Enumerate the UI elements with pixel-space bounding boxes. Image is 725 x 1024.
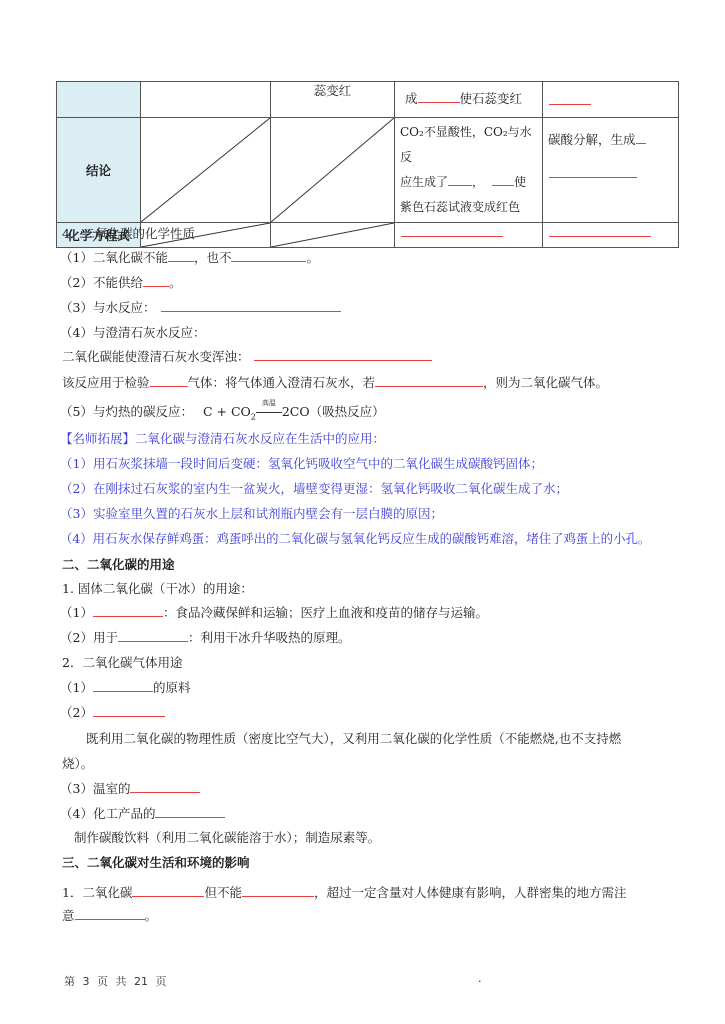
- item-text: ，超过一定含量对人体健康有影响，人群密集的地方需注: [314, 885, 627, 900]
- property-item-1: （1）二氧化碳不能，也不。: [60, 249, 319, 267]
- cell-text: 使石蕊变红: [460, 91, 523, 106]
- answer-blank[interactable]: [254, 348, 432, 361]
- property-item-5: （5）与灼热的碳反应： C + CO2高温2CO（吸热反应）: [60, 403, 385, 427]
- item-text: 。: [306, 250, 319, 265]
- chemical-products-note: 制作碳酸饮料（利用二氧化碳能溶于水）；制造尿素等。: [74, 829, 380, 847]
- answer-blank[interactable]: [143, 274, 169, 287]
- section-two-title: 二、二氧化碳的用途: [62, 556, 175, 574]
- answer-blank[interactable]: [155, 805, 225, 818]
- answer-blank[interactable]: [130, 780, 200, 793]
- cell-text: 紫色石蕊试液变成红色: [400, 195, 537, 220]
- table-cell: [543, 82, 679, 118]
- extension-item: （3）实验室里久置的石灰水上层和试剂瓶内壁会有一层白膜的原因；: [60, 505, 443, 523]
- cell-text: CO₂不显酸性，CO₂与水反: [400, 120, 537, 170]
- answer-blank[interactable]: [375, 374, 483, 387]
- item-text: （1）: [60, 680, 93, 695]
- cell-text: ，: [472, 175, 484, 189]
- item-text: （2）不能供给: [60, 275, 143, 290]
- answer-blank[interactable]: [93, 704, 165, 717]
- equation: C + CO2高温2CO（吸热反应）: [203, 404, 385, 419]
- diagonal-line-icon: [271, 118, 394, 222]
- answer-blank[interactable]: [549, 104, 591, 105]
- item-text: 1．二氧化碳: [62, 885, 132, 900]
- page-number: 第 3 页 共 21 页: [64, 973, 166, 989]
- row-header-empty: [57, 82, 141, 118]
- answer-blank[interactable]: [132, 884, 204, 897]
- item-text: （3）温室的: [60, 781, 130, 796]
- item-text: 。: [145, 908, 158, 923]
- answer-blank[interactable]: [418, 90, 460, 103]
- equation-text: 2CO（吸热反应）: [282, 404, 385, 419]
- dry-ice-item-2: （2）用于：利用干冰升华吸热的原理。: [60, 629, 350, 647]
- item-text: ：利用干冰升华吸热的原理。: [188, 630, 351, 645]
- answer-blank[interactable]: [150, 374, 188, 387]
- extension-item: （4）用石灰水保存鲜鸡蛋：鸡蛋呼出的二氧化碳与氢氧化钙反应生成的碳酸钙难溶，堵住…: [60, 530, 650, 548]
- table-cell: 蕊变红: [271, 82, 395, 118]
- item-text: （3）与水反应：: [60, 300, 155, 315]
- answer-blank[interactable]: [242, 884, 314, 897]
- answer-blank[interactable]: [401, 236, 503, 237]
- answer-blank[interactable]: [93, 679, 153, 692]
- table-row: 结论 CO₂不显酸性，CO₂与水反 应生成了，使 紫色石蕊试液变成红色 碳酸分解…: [57, 118, 679, 223]
- answer-blank[interactable]: [636, 131, 646, 144]
- item-text: （1）二氧化碳不能: [60, 250, 168, 265]
- item-text: （2）: [60, 705, 93, 720]
- table-cell: [395, 223, 543, 248]
- item-text: 意: [62, 908, 75, 923]
- property-item-4: （4）与澄清石灰水反应：: [60, 324, 205, 342]
- section-4-title: 4．二氧化碳的化学性质: [62, 225, 195, 243]
- test-line: 该反应用于检验气体：将气体通入澄清石灰水，若，则为二氧化碳气体。: [62, 374, 608, 392]
- diagonal-line-icon: [271, 223, 394, 247]
- gas-use-item-2: （2）: [60, 704, 165, 722]
- item-text: ：食品冷藏保鲜和运输；医疗上血液和疫苗的储存与运输。: [163, 605, 488, 620]
- table-cell: [141, 82, 271, 118]
- item-text: （2）用于: [60, 630, 118, 645]
- table-cell-diagonal: [271, 118, 395, 223]
- item-text: （5）与灼热的碳反应：: [60, 404, 193, 419]
- gas-use-item-4: （4）化工产品的: [60, 805, 225, 823]
- gas-use-item-1: （1）的原料: [60, 679, 190, 697]
- answer-blank[interactable]: [168, 249, 194, 262]
- answer-blank[interactable]: [448, 173, 472, 186]
- table-cell-diagonal: [141, 118, 271, 223]
- item-text: 的原料: [153, 680, 191, 695]
- equation-text: C + CO: [203, 404, 251, 419]
- extension-item: （1）用石灰浆抹墙一段时间后变硬：氢氧化钙吸收空气中的二氧化碳生成碳酸钙固体；: [60, 455, 543, 473]
- item-text: 气体：将气体通入澄清石灰水，若: [188, 375, 376, 390]
- item-text: 但不能: [204, 885, 242, 900]
- item-text: （1）: [60, 605, 93, 620]
- fire-note-line-1: 既利用二氧化碳的物理性质（密度比空气大），又利用二氧化碳的化学性质（不能燃烧,也…: [86, 730, 621, 748]
- property-item-3: （3）与水反应：: [60, 299, 341, 317]
- answer-blank[interactable]: [549, 177, 637, 178]
- extension-item: （2）在刚抹过石灰浆的室内生一盆炭火，墙壁变得更湿：氢氧化钙吸收二氧化碳生成了水…: [60, 480, 568, 498]
- answer-blank[interactable]: [549, 236, 651, 237]
- answer-blank[interactable]: [161, 299, 341, 312]
- cell-text: 碳酸分解，生成: [548, 132, 636, 147]
- diagonal-line-icon: [141, 118, 270, 222]
- experiment-table: 蕊变红 成使石蕊变红 结论 CO₂不显酸性，CO₂与水反 应生成了，使: [56, 81, 679, 248]
- row-header-conclusion: 结论: [57, 118, 141, 223]
- fire-note-line-2: 烧）。: [62, 755, 93, 773]
- answer-blank[interactable]: [492, 173, 514, 186]
- answer-blank[interactable]: [118, 629, 188, 642]
- reaction-arrow: 高温: [256, 403, 282, 421]
- cell-text: 应生成了: [400, 175, 448, 189]
- item-text: ，则为二氧化碳气体。: [483, 375, 608, 390]
- reaction-condition: 高温: [256, 394, 282, 412]
- item-text: 。: [169, 275, 182, 290]
- property-item-2: （2）不能供给。: [60, 274, 181, 292]
- teacher-extension-title: 【名师拓展】二氧化碳与澄清石灰水反应在生活中的应用：: [60, 430, 385, 448]
- item-text: （4）化工产品的: [60, 806, 155, 821]
- limewater-line: 二氧化碳能使澄清石灰水变浑浊：: [62, 348, 432, 366]
- footer-dot: .: [478, 972, 482, 985]
- dry-ice-title: 1. 固体二氧化碳（干冰）的用途：: [62, 580, 253, 598]
- item-text: 该反应用于检验: [62, 375, 150, 390]
- impact-item-1-cont: 意。: [62, 907, 157, 925]
- section-three-title: 三、二氧化碳对生活和环境的影响: [62, 854, 250, 872]
- answer-blank[interactable]: [75, 907, 145, 920]
- cell-text: 使: [514, 175, 526, 189]
- table-row: 蕊变红 成使石蕊变红: [57, 82, 679, 118]
- answer-blank[interactable]: [231, 249, 306, 262]
- item-text: 二氧化碳能使澄清石灰水变浑浊：: [62, 349, 250, 364]
- table-cell: 成使石蕊变红: [395, 82, 543, 118]
- table-cell: 碳酸分解，生成: [543, 118, 679, 223]
- document-page: 蕊变红 成使石蕊变红 结论 CO₂不显酸性，CO₂与水反 应生成了，使: [0, 0, 725, 1024]
- table-cell: CO₂不显酸性，CO₂与水反 应生成了，使 紫色石蕊试液变成红色: [395, 118, 543, 223]
- cell-text: 蕊变红: [271, 82, 394, 106]
- answer-blank[interactable]: [93, 604, 163, 617]
- gas-uses-title: 2．二氧化碳气体用途: [62, 654, 182, 672]
- item-text: ，也不: [194, 250, 232, 265]
- table-cell: [543, 223, 679, 248]
- cell-text: 成: [405, 91, 418, 106]
- impact-item-1: 1．二氧化碳但不能，超过一定含量对人体健康有影响，人群密集的地方需注: [62, 884, 626, 902]
- dry-ice-item-1: （1）：食品冷藏保鲜和运输；医疗上血液和疫苗的储存与运输。: [60, 604, 488, 622]
- table-cell-diagonal: [271, 223, 395, 248]
- gas-use-item-3: （3）温室的: [60, 780, 200, 798]
